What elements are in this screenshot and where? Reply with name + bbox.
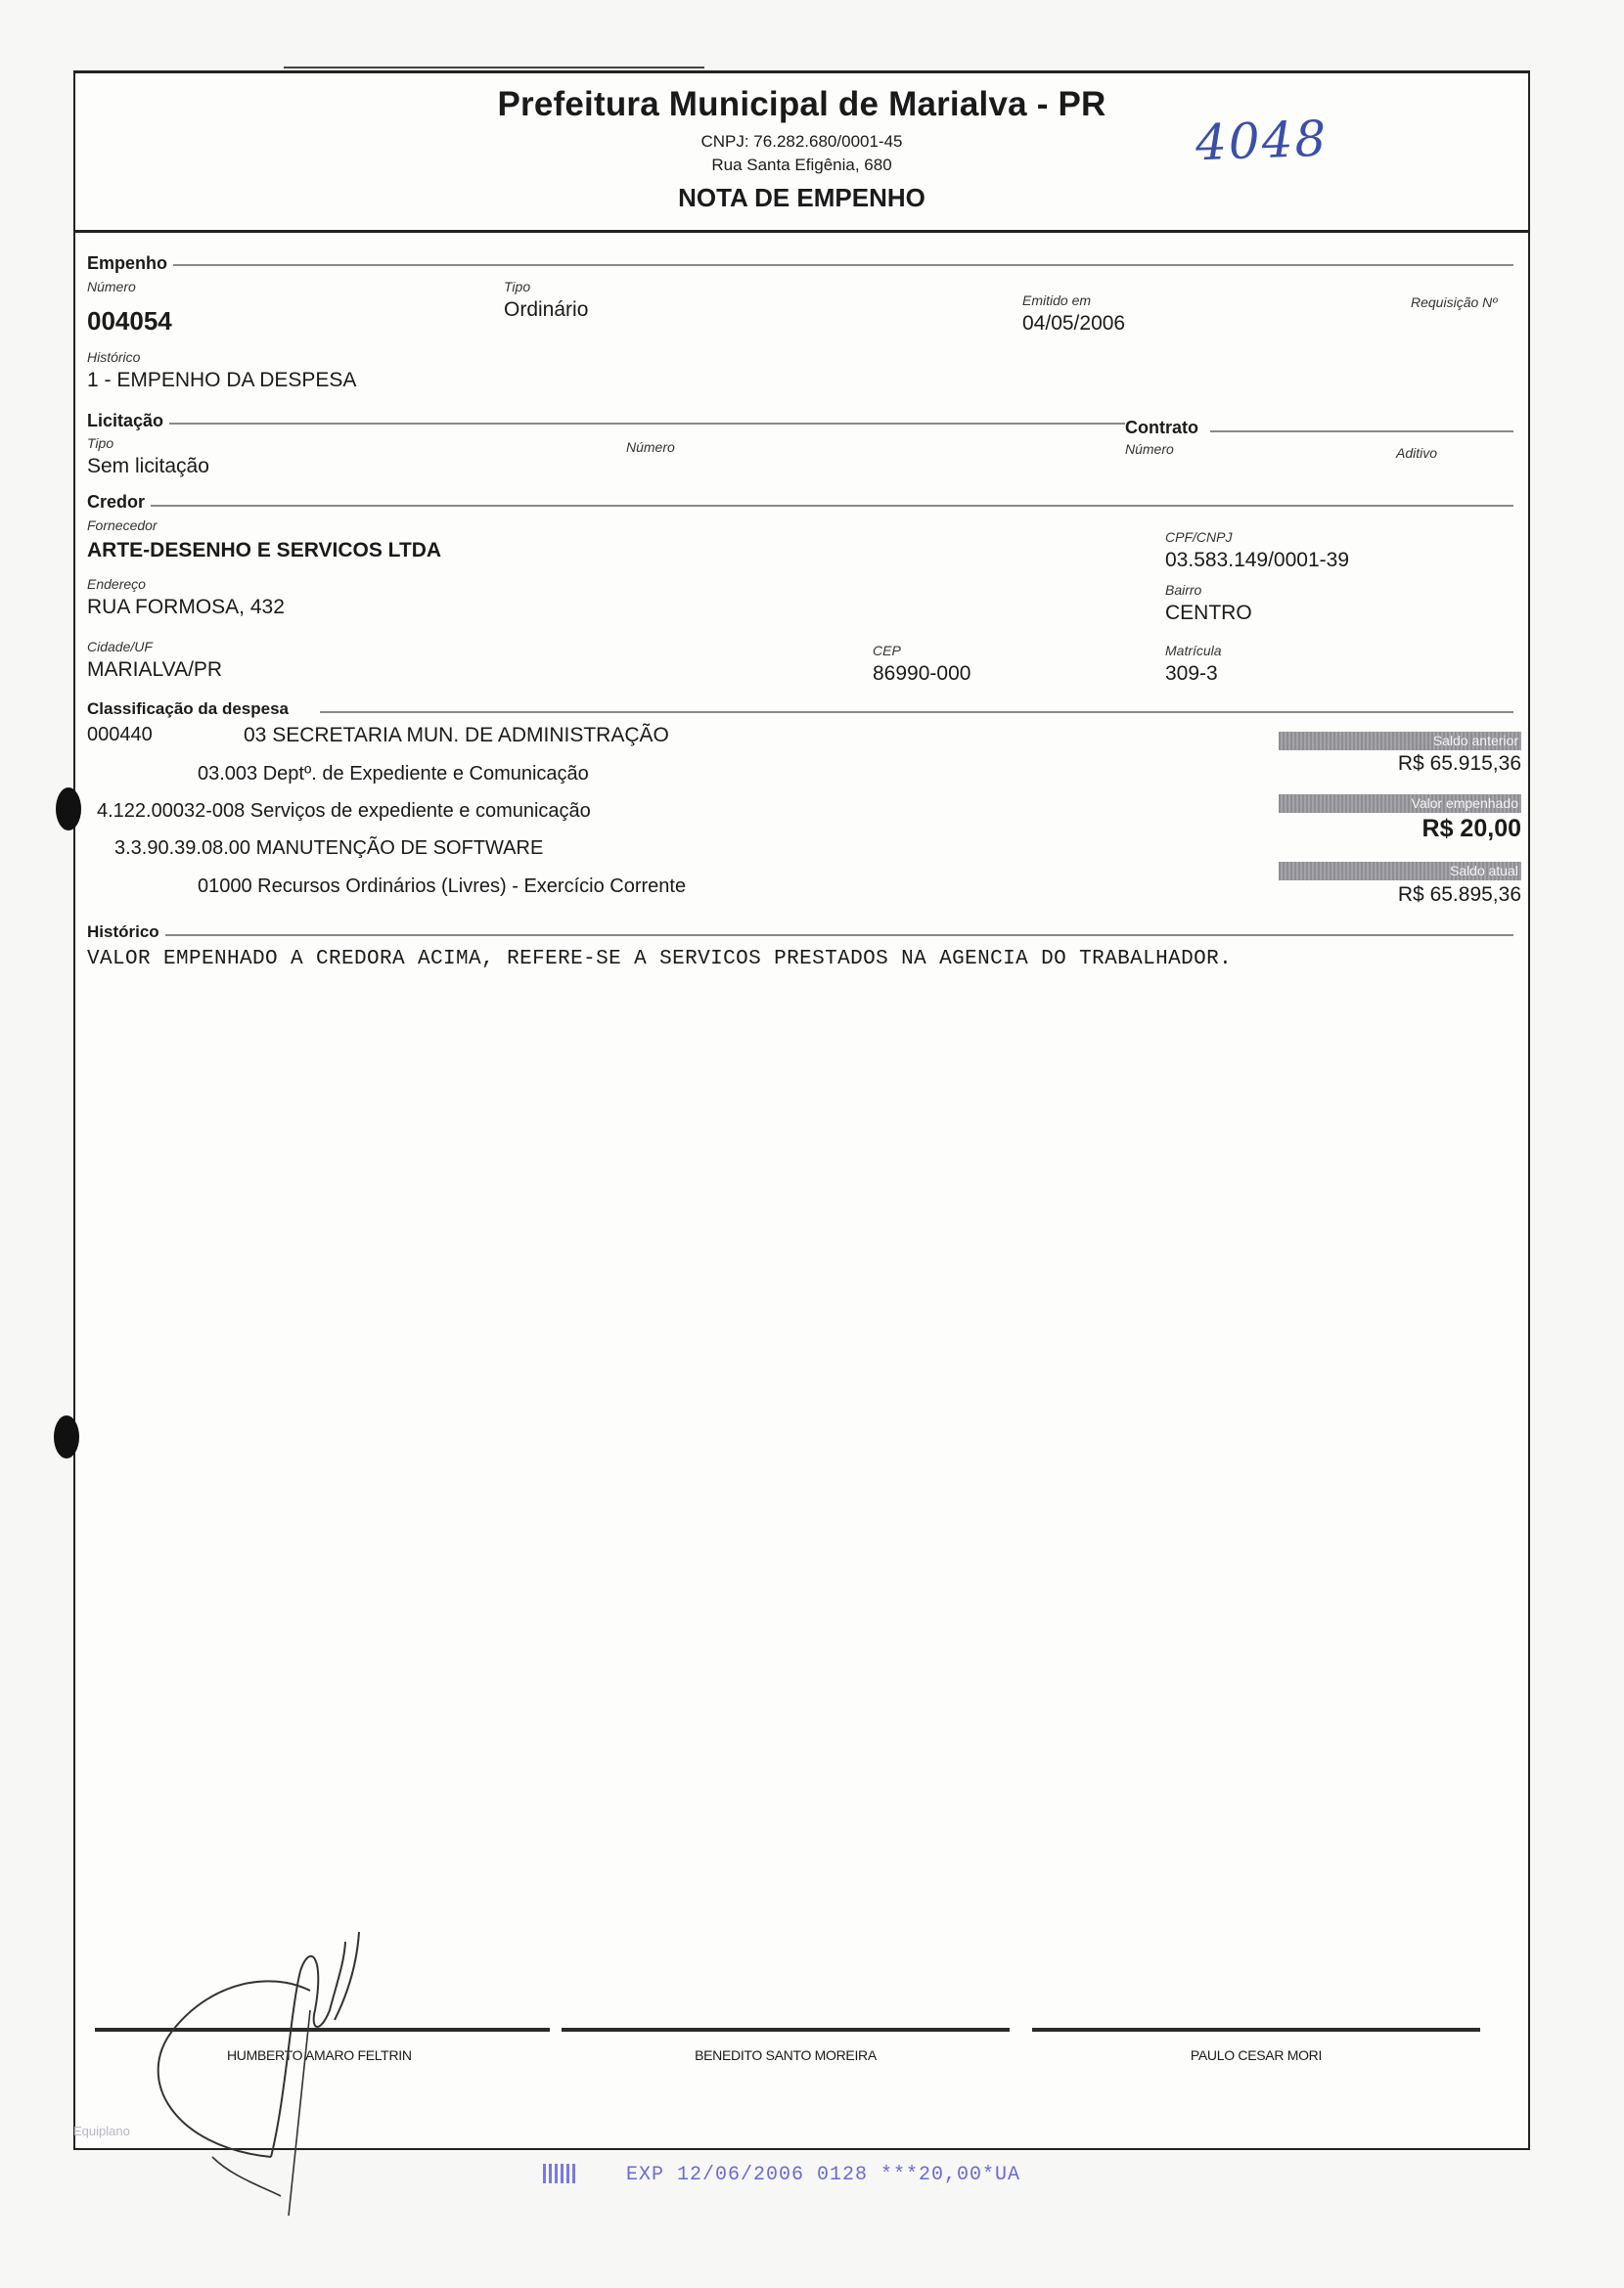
historico-text: VALOR EMPENHADO A CREDORA ACIMA, REFERE-… <box>87 948 1232 970</box>
historico-rule <box>163 934 1513 936</box>
licitacao-numero-label: Número <box>626 439 675 455</box>
cep-label: CEP <box>873 643 901 658</box>
contrato-aditivo-label: Aditivo <box>1396 445 1437 461</box>
empenho-historico: 1 - EMPENHO DA DESPESA <box>87 369 356 392</box>
classificacao-line-programa: 4.122.00032-008 Serviços de expediente e… <box>97 800 591 823</box>
requisicao-label: Requisição Nº <box>1411 294 1497 310</box>
bairro: CENTRO <box>1165 602 1252 625</box>
punch-hole-bottom <box>54 1415 79 1458</box>
header-divider <box>75 230 1528 233</box>
endereco: RUA FORMOSA, 432 <box>87 596 285 619</box>
classificacao-rule <box>320 711 1513 713</box>
section-classificacao: Classificação da despesa <box>87 699 294 719</box>
bairro-label: Bairro <box>1165 582 1201 598</box>
contrato-numero-label: Número <box>1125 441 1174 457</box>
saldo-atual-label: Saldo atual <box>1279 862 1521 880</box>
cpf-label: CPF/CNPJ <box>1165 529 1232 545</box>
tipo-label: Tipo <box>504 279 530 294</box>
cep: 86990-000 <box>873 662 970 686</box>
scan-artifact <box>284 67 704 68</box>
nota-de-empenho-form: Prefeitura Municipal de Marialva - PR CN… <box>73 70 1530 2150</box>
historico-label: Histórico <box>87 349 140 365</box>
document-type: NOTA DE EMPENHO <box>75 183 1528 213</box>
section-credor: Credor <box>87 492 151 513</box>
stamp-barcode-icon <box>543 2164 578 2183</box>
fornecedor-name: ARTE-DESENHO E SERVICOS LTDA <box>87 539 441 562</box>
signature-line-3 <box>1032 2028 1480 2032</box>
empenho-rule <box>134 264 1513 266</box>
section-empenho: Empenho <box>87 253 173 274</box>
matricula: 309-3 <box>1165 662 1218 686</box>
punch-hole-top <box>56 787 81 830</box>
saldo-anterior: R$ 65.915,36 <box>1279 752 1521 776</box>
signature-line-2 <box>562 2028 1010 2032</box>
signatory-2: BENEDITO SANTO MOREIRA <box>562 2047 1010 2063</box>
classificacao-line-unidade: 03.003 Deptº. de Expediente e Comunicaçã… <box>198 763 589 785</box>
cidade-uf: MARIALVA/PR <box>87 658 222 682</box>
section-historico: Histórico <box>87 922 165 942</box>
saldo-anterior-label: Saldo anterior <box>1279 732 1521 750</box>
signatory-3: PAULO CESAR MORI <box>1032 2047 1480 2063</box>
licitacao-rule <box>154 423 1183 425</box>
empenho-numero: 004054 <box>87 306 172 336</box>
empenho-tipo: Ordinário <box>504 298 588 322</box>
contrato-rule <box>1210 430 1513 432</box>
valor-empenhado: R$ 20,00 <box>1279 815 1521 843</box>
handwritten-signature <box>114 1863 467 2216</box>
section-contrato: Contrato <box>1125 418 1204 438</box>
cidade-label: Cidade/UF <box>87 639 153 654</box>
bank-stamp: EXP 12/06/2006 0128 ***20,00*UA <box>626 2164 1020 2186</box>
licitacao-tipo-label: Tipo <box>87 435 113 451</box>
emitido-date: 04/05/2006 <box>1022 312 1125 336</box>
classificacao-line-elemento: 3.3.90.39.08.00 MANUTENÇÃO DE SOFTWARE <box>114 837 543 860</box>
cpf-cnpj: 03.583.149/0001-39 <box>1165 549 1349 572</box>
numero-label: Número <box>87 279 136 294</box>
handwritten-number: 4048 <box>1195 111 1329 172</box>
classificacao-code: 000440 <box>87 724 153 746</box>
credor-rule <box>144 505 1513 507</box>
valor-empenhado-label: Valor empenhado <box>1279 794 1521 813</box>
fornecedor-label: Fornecedor <box>87 517 158 533</box>
endereco-label: Endereço <box>87 576 146 592</box>
classificacao-line-recurso: 01000 Recursos Ordinários (Livres) - Exe… <box>198 875 686 898</box>
classificacao-line-orgao: 03 SECRETARIA MUN. DE ADMINISTRAÇÃO <box>244 724 669 747</box>
licitacao-tipo: Sem licitação <box>87 455 209 478</box>
matricula-label: Matrícula <box>1165 643 1222 658</box>
emitido-label: Emitido em <box>1022 292 1091 308</box>
saldo-atual: R$ 65.895,36 <box>1279 883 1521 907</box>
section-licitacao: Licitação <box>87 411 169 431</box>
